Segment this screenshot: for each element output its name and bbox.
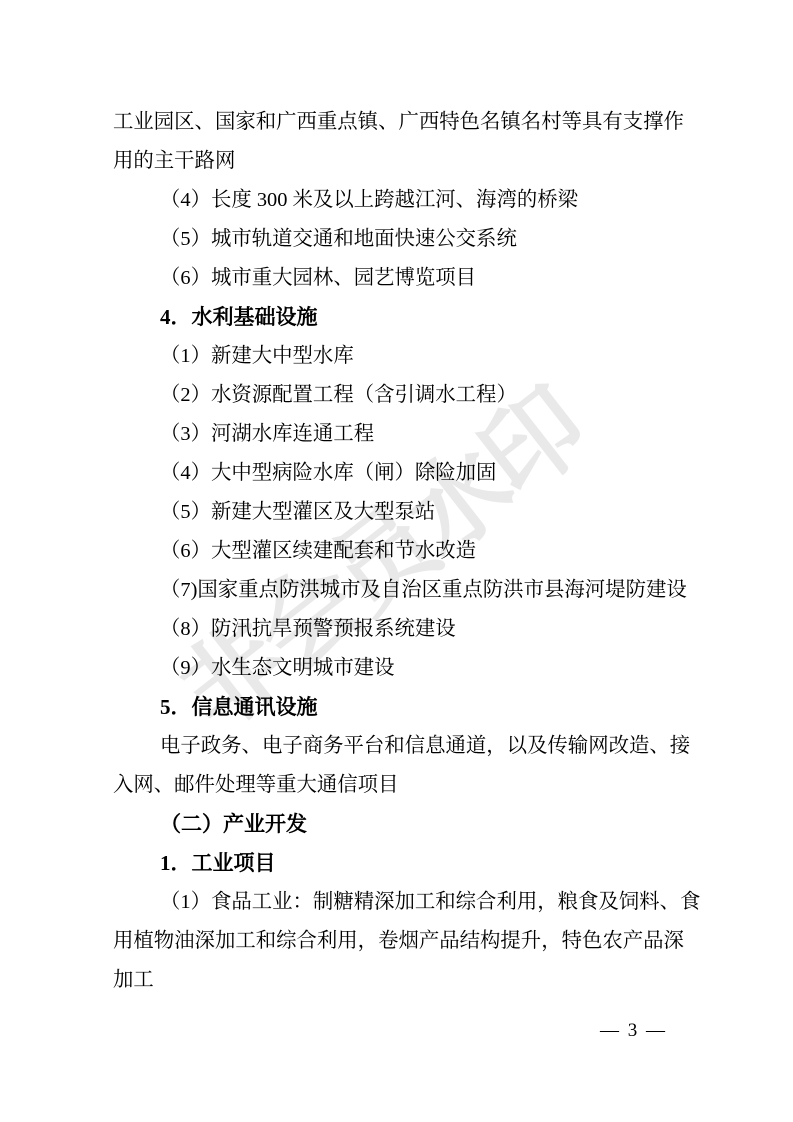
text-line: （6）城市重大园林、园艺博览项目 — [113, 259, 691, 298]
text-line: （4）长度 300 米及以上跨越江河、海湾的桥梁 — [113, 181, 691, 220]
text-line: （7)国家重点防洪城市及自治区重点防洪市县海河堤防建设 — [113, 571, 691, 610]
text-line: （6）大型灌区续建配套和节水改造 — [113, 532, 691, 571]
text-line: 用的主干路网 — [113, 142, 691, 181]
text-line: 用植物油深加工和综合利用，卷烟产品结构提升，特色农产品深 — [113, 922, 691, 961]
text-line: 入网、邮件处理等重大通信项目 — [113, 766, 691, 805]
text-line: （9）水生态文明城市建设 — [113, 649, 691, 688]
page-number: — 3 — — [600, 1017, 667, 1045]
text-line: （5）城市轨道交通和地面快速公交系统 — [113, 220, 691, 259]
text-line: （2）水资源配置工程（含引调水工程） — [113, 376, 691, 415]
text-line: （5）新建大型灌区及大型泵站 — [113, 493, 691, 532]
text-line: （1）新建大中型水库 — [113, 337, 691, 376]
text-line: 加工 — [113, 961, 691, 1000]
document-page: 非会员水印 工业园区、国家和广西重点镇、广西特色名镇名村等具有支撑作 用的主干路… — [0, 0, 793, 1122]
text-line: （1）食品工业：制糖精深加工和综合利用，粮食及饲料、食 — [113, 883, 691, 922]
section-heading: 5．信息通讯设施 — [113, 688, 691, 727]
section-heading: （二）产业开发 — [113, 805, 691, 844]
section-heading: 1．工业项目 — [113, 844, 691, 883]
text-line: （4）大中型病险水库（闸）除险加固 — [113, 454, 691, 493]
section-heading: 4．水利基础设施 — [113, 298, 691, 337]
document-body: 工业园区、国家和广西重点镇、广西特色名镇名村等具有支撑作 用的主干路网 （4）长… — [113, 103, 691, 1000]
text-line: 工业园区、国家和广西重点镇、广西特色名镇名村等具有支撑作 — [113, 103, 691, 142]
text-line: （8）防汛抗旱预警预报系统建设 — [113, 610, 691, 649]
text-line: （3）河湖水库连通工程 — [113, 415, 691, 454]
text-line: 电子政务、电子商务平台和信息通道，以及传输网改造、接 — [113, 727, 691, 766]
